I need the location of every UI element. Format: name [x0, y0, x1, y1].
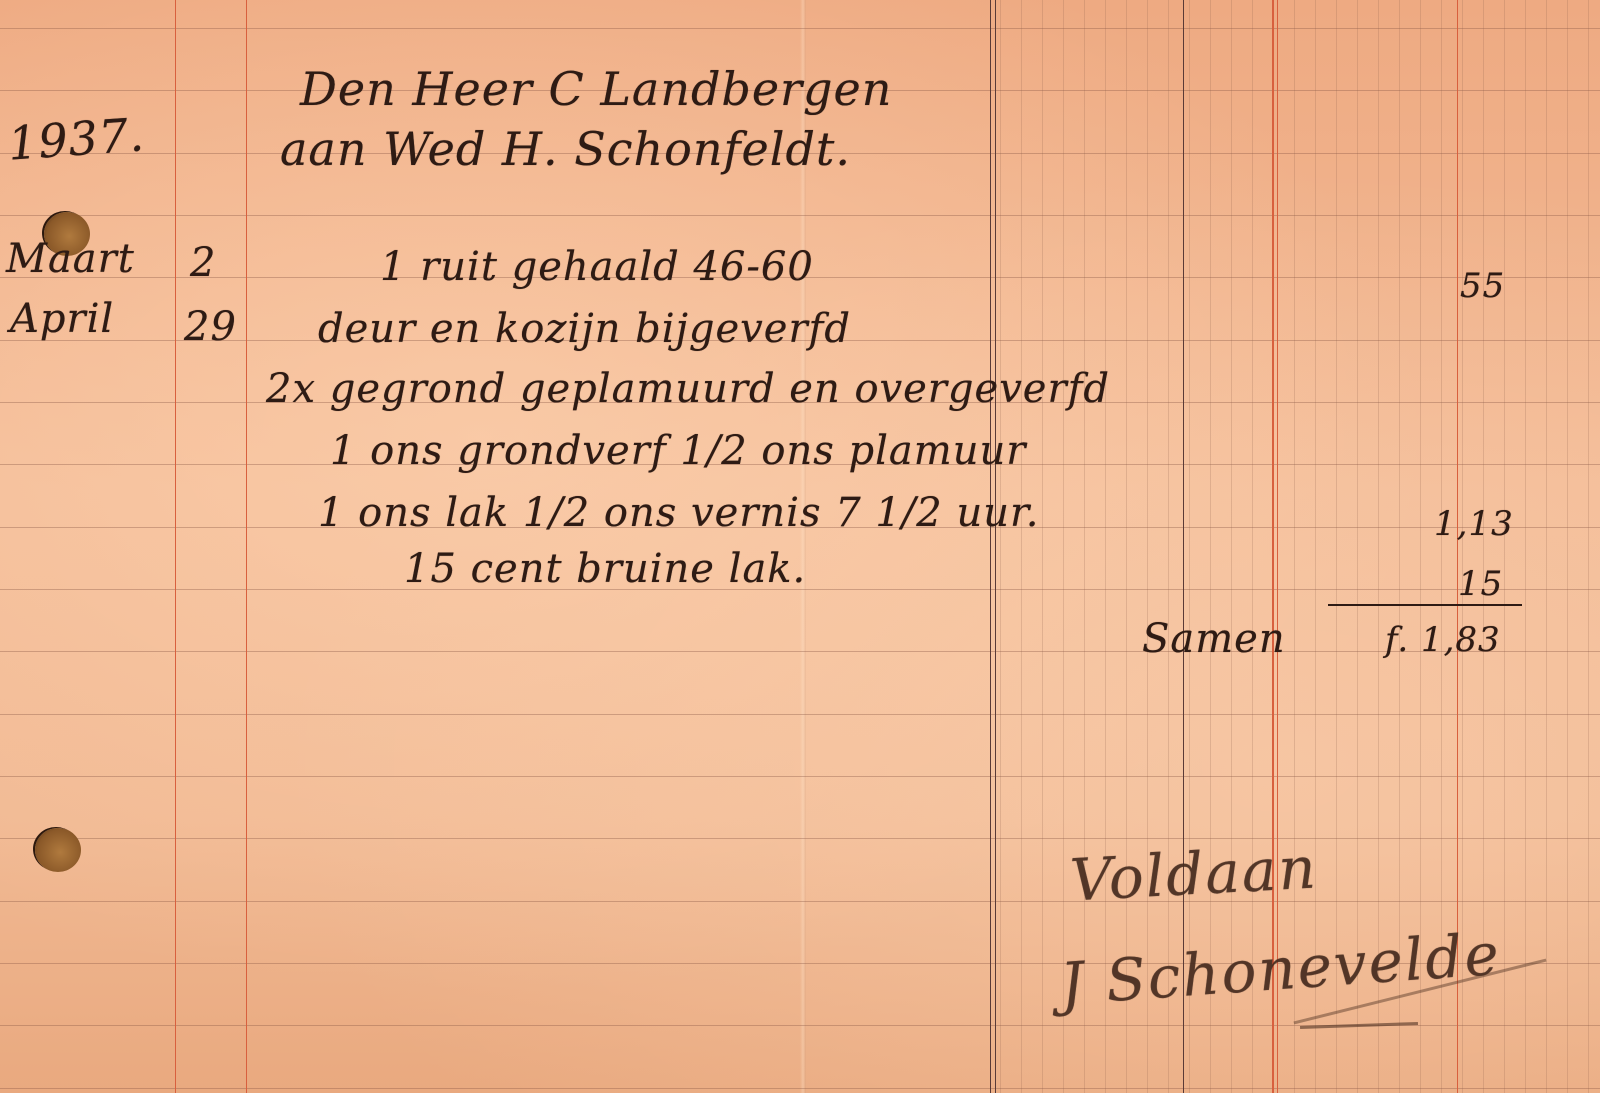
entry-month: Maart — [6, 236, 135, 282]
entry-description: 15 cent bruine lak. — [404, 546, 806, 592]
entry-amount: 1,13 — [1434, 504, 1514, 544]
sender: aan Wed H. Schonfeldt. — [280, 122, 851, 176]
sub-column-rule — [1183, 0, 1184, 1093]
day-column-rule — [246, 0, 247, 1093]
sum-rule — [1328, 604, 1522, 606]
entry-description: 1 ons grondverf 1/2 ons plamuur — [330, 428, 1026, 474]
entry-day: 2 — [190, 240, 216, 286]
entry-description: 2x gegrond geplamuurd en overgeverfd — [266, 366, 1110, 412]
entry-amount: 55 — [1460, 266, 1505, 306]
amount-column-rule — [1277, 0, 1278, 1093]
total-value: f. 1,83 — [1385, 620, 1501, 660]
entry-description: 1 ruit gehaald 46-60 — [380, 244, 814, 290]
addressee: Den Heer C Landbergen — [300, 62, 892, 116]
entry-amount: 15 — [1458, 564, 1503, 604]
entry-month: April — [10, 296, 114, 342]
description-column-rule — [990, 0, 991, 1093]
entry-description: 1 ons lak 1/2 ons vernis 7 1/2 uur. — [318, 490, 1039, 536]
date-column-rule — [175, 0, 176, 1093]
punch-hole — [35, 828, 81, 872]
fine-grid — [1000, 0, 1600, 1093]
signature-paid: Voldaan — [1068, 834, 1319, 915]
entry-day: 29 — [184, 304, 237, 350]
amount-column-rule — [1272, 0, 1274, 1093]
year: 1937. — [6, 107, 146, 170]
total-label: Samen — [1142, 616, 1286, 662]
entry-description: deur en kozijn bijgeverfd — [318, 306, 851, 352]
description-column-rule — [995, 0, 996, 1093]
